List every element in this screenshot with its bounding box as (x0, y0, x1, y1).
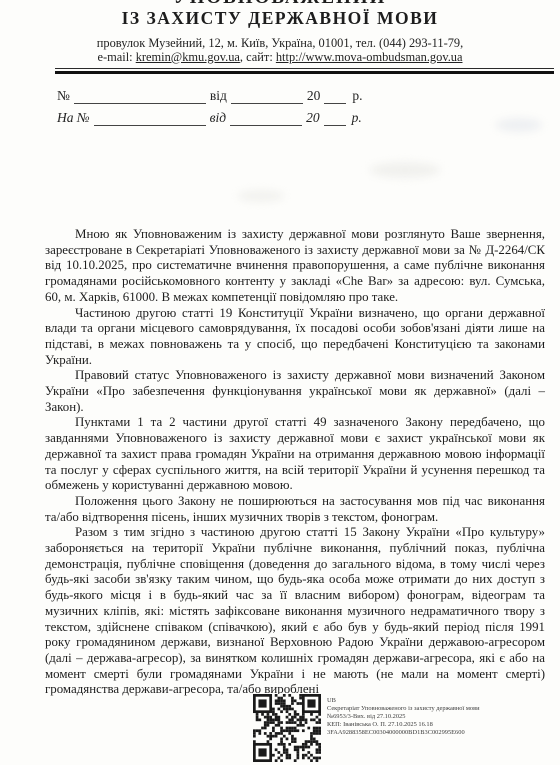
paragraph-law-scope: Положення цього Закону не поширюються на… (45, 494, 545, 525)
paragraph-culture-law-art15: Разом з тим згідно з частиною другою ста… (45, 525, 545, 698)
year-prefix: 20 (307, 88, 321, 104)
org-name-line1: УПОВНОВАЖЕНИЙ (0, 0, 560, 7)
year-suffix: р. (352, 88, 362, 104)
blank-underline (231, 90, 303, 104)
on-number-label: На № (57, 110, 90, 126)
address-line1: провулок Музейний, 12, м. Київ, Україна,… (0, 37, 560, 51)
paragraph-law-art49: Пунктами 1 та 2 частини другої статті 49… (45, 415, 545, 494)
stamp-outgoing-number: №6953/3-Вих. від 27.10.2025 (327, 713, 480, 721)
paragraph-legal-status: Правовий статус Уповноваженого із захист… (45, 368, 545, 415)
address-line2: e-mail: kremin@kmu.gov.ua, сайт: http://… (0, 51, 560, 65)
from-label: від (210, 110, 226, 126)
stamp-code-label: UB (327, 697, 480, 705)
blank-underline (230, 112, 302, 126)
paragraph-intro: Мною як Уповноваженим із захисту державн… (45, 227, 545, 306)
stamp-signature-hash: 3FAA9288358EC00304000000BD1B3C002995E600 (327, 729, 480, 737)
paragraph-constitution-art19: Частиною другою статті 19 Конституції Ук… (45, 306, 545, 369)
electronic-signature-stamp: UB Секретаріат Уповноваженого із захисту… (253, 694, 480, 762)
number-label: № (57, 88, 70, 104)
website-url: http://www.mova-ombudsman.gov.ua (276, 50, 463, 64)
scanned-letter-page: УПОВНОВАЖЕНИЙ ІЗ ЗАХИСТУ ДЕРЖАВНОЇ МОВИ … (0, 0, 560, 765)
incoming-number-row: На № від 20 р. (57, 104, 560, 126)
stamp-org: Секретаріат Уповноваженого із захисту де… (327, 705, 480, 713)
letterhead-divider (55, 68, 554, 74)
blank-underline (74, 90, 206, 104)
qr-code (253, 694, 321, 762)
email-label: e-mail: (98, 50, 136, 64)
org-address: провулок Музейний, 12, м. Київ, Україна,… (0, 37, 560, 64)
blank-underline (324, 90, 346, 104)
scan-artifact (370, 162, 440, 178)
from-label: від (210, 88, 227, 104)
letterhead: УПОВНОВАЖЕНИЙ ІЗ ЗАХИСТУ ДЕРЖАВНОЇ МОВИ … (0, 0, 560, 64)
stamp-text: UB Секретаріат Уповноваженого із захисту… (327, 697, 480, 762)
letter-body: Мною як Уповноваженим із захисту державн… (45, 227, 545, 698)
stamp-signer: КЕП: Іванівська О. П. 27.10.2025 16.18 (327, 721, 480, 729)
outgoing-number-row: № від 20 р. (57, 82, 560, 104)
scan-artifact (238, 190, 284, 202)
org-name-line2: ІЗ ЗАХИСТУ ДЕРЖАВНОЇ МОВИ (0, 8, 560, 28)
blank-underline (94, 112, 206, 126)
year-suffix: р. (352, 110, 362, 126)
reference-block: № від 20 р. На № від 20 р. (57, 82, 560, 126)
blank-underline (324, 112, 346, 126)
site-label: , сайт: (240, 50, 276, 64)
email-address: kremin@kmu.gov.ua (136, 50, 240, 64)
year-prefix: 20 (306, 110, 320, 126)
